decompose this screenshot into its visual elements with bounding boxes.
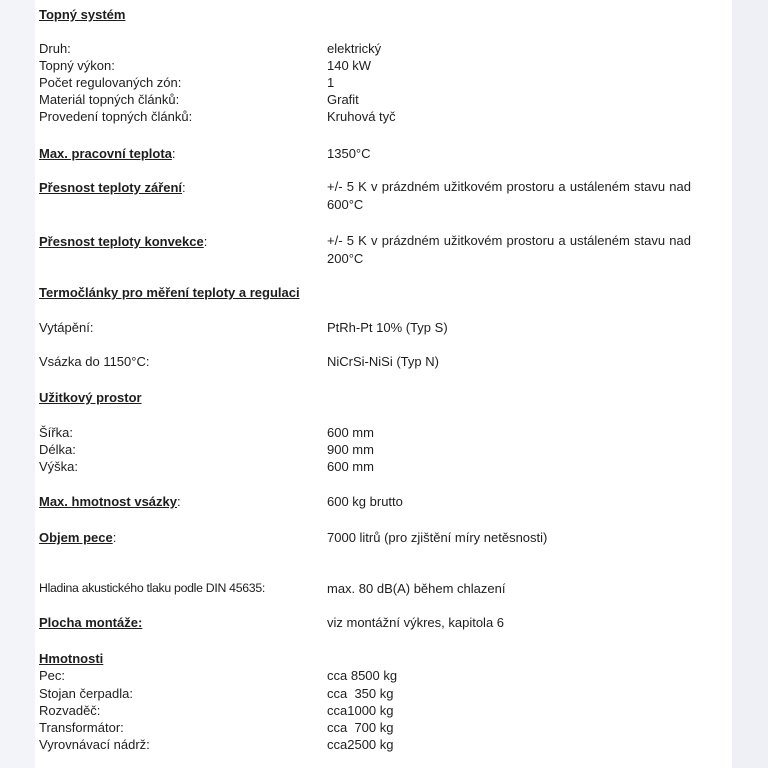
- label-vsazka: Vsázka do 1150°C:: [39, 354, 149, 369]
- label-material: Materiál topných článků:: [39, 92, 179, 107]
- label-objem-pece: Objem pece:: [39, 530, 116, 545]
- heading-text: Termočlánky pro měření teploty a regulac…: [39, 285, 300, 300]
- label-transformator: Transformátor:: [39, 720, 124, 735]
- label-pocet-zon: Počet regulovaných zón:: [39, 75, 181, 90]
- value-stojan-cerpadla: cca 350 kg: [327, 686, 394, 701]
- label-text: Max. pracovní teplota: [39, 146, 172, 161]
- value-vyrovnavaci-nadrz: cca2500 kg: [327, 737, 394, 752]
- heading-text: Topný systém: [39, 7, 125, 22]
- section-heading-weights: Hmotnosti: [39, 651, 103, 666]
- value-max-hmotnost: 600 kg brutto: [327, 494, 403, 509]
- label-colon: :: [113, 530, 117, 545]
- value-objem-pece: 7000 litrů (pro zjištění míry netěsnosti…: [327, 530, 547, 545]
- label-plocha-montaze: Plocha montáže:: [39, 615, 142, 630]
- value-delka: 900 mm: [327, 442, 374, 457]
- heading-text: Hmotnosti: [39, 651, 103, 666]
- value-plocha-montaze: viz montážní výkres, kapitola 6: [327, 615, 504, 630]
- section-heading-usable-space: Užitkový prostor: [39, 390, 142, 405]
- label-presnost-konvekce: Přesnost teploty konvekce:: [39, 234, 207, 249]
- label-text: Přesnost teploty záření: [39, 180, 182, 195]
- label-hladina-hluku: Hladina akustického tlaku podle DIN 4563…: [39, 581, 265, 596]
- scroll-gutter: [732, 0, 768, 768]
- label-colon: :: [172, 146, 176, 161]
- value-material: Grafit: [327, 92, 359, 107]
- label-vyrovnavaci-nadrz: Vyrovnávací nádrž:: [39, 737, 150, 752]
- label-sirka: Šířka:: [39, 425, 73, 440]
- heading-text: Užitkový prostor: [39, 390, 142, 405]
- label-stojan-cerpadla: Stojan čerpadla:: [39, 686, 133, 701]
- label-max-teplota: Max. pracovní teplota:: [39, 146, 176, 161]
- label-text: Objem pece: [39, 530, 113, 545]
- label-colon: :: [204, 234, 208, 249]
- label-text: Max. hmotnost vsázky: [39, 494, 177, 509]
- value-presnost-zareni: +/- 5 K v prázdném užitkovém prostoru a …: [327, 178, 691, 214]
- value-vytapeni: PtRh-Pt 10% (Typ S): [327, 320, 448, 335]
- value-provedeni: Kruhová tyč: [327, 109, 396, 124]
- value-hladina-hluku: max. 80 dB(A) během chlazení: [327, 581, 505, 596]
- label-delka: Délka:: [39, 442, 76, 457]
- label-provedeni: Provedení topných článků:: [39, 109, 192, 124]
- value-max-teplota: 1350°C: [327, 146, 371, 161]
- section-heading-thermocouples: Termočlánky pro měření teploty a regulac…: [39, 285, 300, 300]
- value-sirka: 600 mm: [327, 425, 374, 440]
- value-rozvadec: cca1000 kg: [327, 703, 394, 718]
- left-margin: [0, 0, 35, 768]
- value-pocet-zon: 1: [327, 75, 334, 90]
- label-text: Přesnost teploty konvekce: [39, 234, 204, 249]
- label-colon: :: [177, 494, 181, 509]
- label-text: Plocha montáže:: [39, 615, 142, 630]
- value-pec: cca 8500 kg: [327, 668, 397, 683]
- value-transformator: cca 700 kg: [327, 720, 394, 735]
- value-druh: elektrický: [327, 41, 381, 56]
- document-page: Topný systém Druh: elektrický Topný výko…: [35, 0, 732, 768]
- label-max-hmotnost: Max. hmotnost vsázky:: [39, 494, 181, 509]
- label-druh: Druh:: [39, 41, 71, 56]
- value-vsazka: NiCrSi-NiSi (Typ N): [327, 354, 439, 369]
- section-heading-heating-system: Topný systém: [39, 7, 125, 22]
- label-pec: Pec:: [39, 668, 65, 683]
- label-presnost-zareni: Přesnost teploty záření:: [39, 180, 186, 195]
- value-presnost-konvekce: +/- 5 K v prázdném užitkovém prostoru a …: [327, 232, 691, 268]
- label-colon: :: [182, 180, 186, 195]
- label-vytapeni: Vytápění:: [39, 320, 93, 335]
- label-topny-vykon: Topný výkon:: [39, 58, 115, 73]
- label-rozvadec: Rozvaděč:: [39, 703, 100, 718]
- label-vyska: Výška:: [39, 459, 78, 474]
- value-topny-vykon: 140 kW: [327, 58, 371, 73]
- value-vyska: 600 mm: [327, 459, 374, 474]
